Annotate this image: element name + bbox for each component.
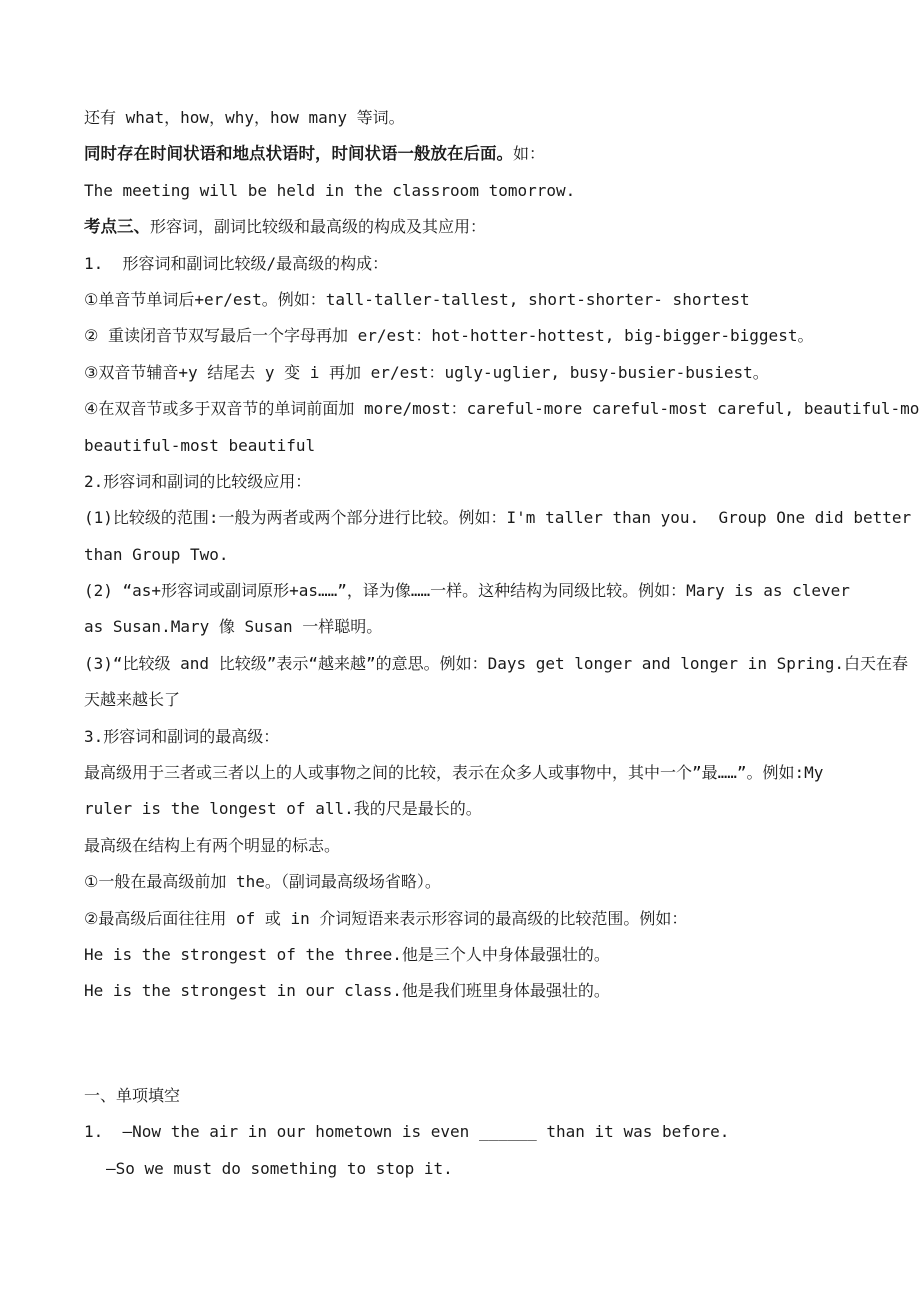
line-wh-words: 还有 what，how，why，how many 等词。 <box>84 100 884 136</box>
example-meeting-text: The meeting will be held in the classroo… <box>84 181 575 200</box>
blank-gap <box>84 1010 884 1078</box>
line-rule-more-most-cont: beautiful-most beautiful <box>84 428 884 464</box>
comparative-usage-heading-text: 2.形容词和副词的比较级应用： <box>84 472 311 491</box>
example-strongest-in-text: He is the strongest in our class.他是我们班里身… <box>84 981 610 1000</box>
question-1-text: 1. —Now the air in our hometown is even … <box>84 1122 729 1141</box>
adverbial-order-rule-suffix: 如： <box>513 144 545 163</box>
line-question-1-reply: —So we must do something to stop it. <box>84 1151 884 1187</box>
line-keypoint3-heading: 考点三、形容词，副词比较级和最高级的构成及其应用： <box>84 209 884 245</box>
line-as-as-structure: (2) “as+形容词或副词原形+as……”，译为像……一样。这种结构为同级比较… <box>84 573 884 609</box>
comparative-scope-text: (1)比较级的范围:一般为两者或两个部分进行比较。例如：I'm taller t… <box>84 508 911 527</box>
rule-consonant-y-text: ③双音节辅音+y 结尾去 y 变 i 再加 er/est：ugly-uglier… <box>84 363 769 382</box>
question-1-reply-text: —So we must do something to stop it. <box>106 1159 453 1178</box>
superlative-the-rule-text: ①一般在最高级前加 the。（副词最高级场省略）。 <box>84 872 441 891</box>
line-superlative-usage: 最高级用于三者或三者以上的人或事物之间的比较，表示在众多人或事物中，其中一个”最… <box>84 755 884 791</box>
line-comparative-scope: (1)比较级的范围:一般为两者或两个部分进行比较。例如：I'm taller t… <box>84 500 884 536</box>
line-question-1: 1. —Now the air in our hometown is even … <box>84 1114 884 1150</box>
superlative-heading-text: 3.形容词和副词的最高级： <box>84 727 279 746</box>
superlative-marks-text: 最高级在结构上有两个明显的标志。 <box>84 836 340 855</box>
line-rule-monosyllable: ①单音节单词后+er/est。例如：tall-taller-tallest, s… <box>84 282 884 318</box>
keypoint3-title: 形容词，副词比较级和最高级的构成及其应用： <box>150 217 486 236</box>
line-rule-consonant-y: ③双音节辅音+y 结尾去 y 变 i 再加 er/est：ugly-uglier… <box>84 355 884 391</box>
line-section-blank-filling: 一、单项填空 <box>84 1078 884 1114</box>
line-example-strongest-in: He is the strongest in our class.他是我们班里身… <box>84 973 884 1009</box>
more-and-more-text: (3)“比较级 and 比较级”表示“越来越”的意思。例如：Days get l… <box>84 654 908 673</box>
line-rule-closed-syllable: ② 重读闭音节双写最后一个字母再加 er/est：hot-hotter-hott… <box>84 318 884 354</box>
superlative-of-in-rule-text: ②最高级后面往往用 of 或 in 介词短语来表示形容词的最高级的比较范围。例如… <box>84 909 687 928</box>
more-and-more-cont-text: 天越来越长了 <box>84 690 180 709</box>
example-strongest-of-text: He is the strongest of the three.他是三个人中身… <box>84 945 610 964</box>
line-more-and-more: (3)“比较级 and 比较级”表示“越来越”的意思。例如：Days get l… <box>84 646 884 682</box>
keypoint3-label: 考点三、 <box>84 217 150 236</box>
line-comparative-scope-cont: than Group Two. <box>84 537 884 573</box>
line-superlative-marks: 最高级在结构上有两个明显的标志。 <box>84 828 884 864</box>
section-blank-filling-text: 一、单项填空 <box>84 1086 180 1105</box>
line-as-as-example-cont: as Susan.Mary 像 Susan 一样聪明。 <box>84 609 884 645</box>
document-page: 还有 what，how，why，how many 等词。 同时存在时间状语和地点… <box>0 0 920 1302</box>
line-superlative-of-in-rule: ②最高级后面往往用 of 或 in 介词短语来表示形容词的最高级的比较范围。例如… <box>84 901 884 937</box>
comparative-scope-cont-text: than Group Two. <box>84 545 229 564</box>
line-formation-heading: 1. 形容词和副词比较级/最高级的构成： <box>84 246 884 282</box>
rule-more-most-text: ④在双音节或多于双音节的单词前面加 more/most：careful-more… <box>84 399 920 418</box>
rule-more-most-cont-text: beautiful-most beautiful <box>84 436 315 455</box>
line-rule-more-most: ④在双音节或多于双音节的单词前面加 more/most：careful-more… <box>84 391 884 427</box>
superlative-usage-text: 最高级用于三者或三者以上的人或事物之间的比较，表示在众多人或事物中，其中一个”最… <box>84 763 823 782</box>
as-as-example-cont-text: as Susan.Mary 像 Susan 一样聪明。 <box>84 617 382 636</box>
adverbial-order-rule-bold-text: 同时存在时间状语和地点状语时，时间状语一般放在后面。 <box>84 144 513 163</box>
line-superlative-the-rule: ①一般在最高级前加 the。（副词最高级场省略）。 <box>84 864 884 900</box>
line-superlative-heading: 3.形容词和副词的最高级： <box>84 719 884 755</box>
formation-heading-text: 1. 形容词和副词比较级/最高级的构成： <box>84 254 388 273</box>
line-superlative-usage-cont: ruler is the longest of all.我的尺是最长的。 <box>84 791 884 827</box>
document-content: 还有 what，how，why，how many 等词。 同时存在时间状语和地点… <box>84 100 884 1187</box>
rule-monosyllable-text: ①单音节单词后+er/est。例如：tall-taller-tallest, s… <box>84 290 750 309</box>
line-more-and-more-cont: 天越来越长了 <box>84 682 884 718</box>
superlative-usage-cont-text: ruler is the longest of all.我的尺是最长的。 <box>84 799 482 818</box>
line-example-meeting: The meeting will be held in the classroo… <box>84 173 884 209</box>
as-as-structure-text: (2) “as+形容词或副词原形+as……”，译为像……一样。这种结构为同级比较… <box>84 581 850 600</box>
line-example-strongest-of: He is the strongest of the three.他是三个人中身… <box>84 937 884 973</box>
rule-closed-syllable-text: ② 重读闭音节双写最后一个字母再加 er/est：hot-hotter-hott… <box>84 326 813 345</box>
line-wh-words-text: 还有 what，how，why，how many 等词。 <box>84 108 405 127</box>
line-comparative-usage-heading: 2.形容词和副词的比较级应用： <box>84 464 884 500</box>
line-adverbial-order-rule: 同时存在时间状语和地点状语时，时间状语一般放在后面。如： <box>84 136 884 172</box>
